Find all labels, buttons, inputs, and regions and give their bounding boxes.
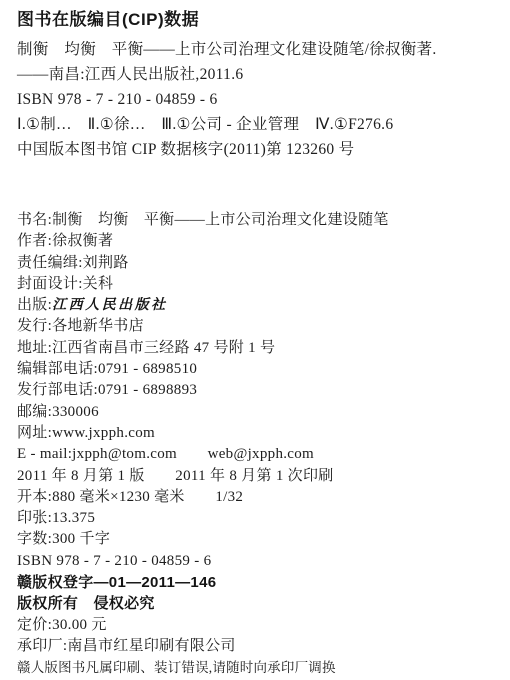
isbn-line: ISBN 978 - 7 - 210 - 04859 - 6 bbox=[17, 551, 498, 572]
cip-block: 图书在版编目(CIP)数据 制衡 均衡 平衡——上市公司治理文化建设随笔/徐叔衡… bbox=[17, 10, 498, 162]
author-line: 作者:徐叔衡著 bbox=[17, 231, 498, 252]
printer-line: 承印厂:南昌市红星印刷有限公司 bbox=[17, 636, 498, 657]
format-line: 开本:880 毫米×1230 毫米 1/32 bbox=[17, 487, 498, 508]
address-line: 地址:江西省南昌市三经路 47 号附 1 号 bbox=[17, 338, 498, 359]
publisher-name: 江西人民出版社 bbox=[52, 298, 168, 313]
cip-record-number-line: 中国版本图书馆 CIP 数据核字(2011)第 123260 号 bbox=[17, 137, 498, 162]
email-line: E - mail:jxpph@tom.com web@jxpph.com bbox=[17, 444, 498, 465]
cover-design-line: 封面设计:关科 bbox=[17, 274, 498, 295]
cip-classification-line: Ⅰ.①制… Ⅱ.①徐… Ⅲ.①公司 - 企业管理 Ⅳ.①F276.6 bbox=[17, 112, 498, 137]
distribution-phone-line: 发行部电话:0791 - 6898893 bbox=[17, 380, 498, 401]
copyright-registration-line: 赣版权登字—01—2011—146 bbox=[17, 572, 498, 593]
cip-imprint-line: ——南昌:江西人民出版社,2011.6 bbox=[17, 62, 498, 87]
publisher-label: 出版: bbox=[17, 297, 52, 313]
editorial-phone-line: 编辑部电话:0791 - 6898510 bbox=[17, 359, 498, 380]
postal-code-line: 邮编:330006 bbox=[17, 402, 498, 423]
word-count-line: 字数:300 千字 bbox=[17, 529, 498, 550]
publisher-line: 出版:江西人民出版社 bbox=[17, 295, 498, 316]
colophon-block: 书名:制衡 均衡 平衡——上市公司治理文化建设随笔 作者:徐叔衡著 责任编缉:刘… bbox=[17, 210, 498, 679]
website-line: 网址:www.jxpph.com bbox=[17, 423, 498, 444]
cip-isbn-line: ISBN 978 - 7 - 210 - 04859 - 6 bbox=[17, 87, 498, 112]
book-title-line: 书名:制衡 均衡 平衡——上市公司治理文化建设随笔 bbox=[17, 210, 498, 231]
cip-heading: 图书在版编目(CIP)数据 bbox=[17, 10, 498, 30]
cip-entry-line: 制衡 均衡 平衡——上市公司治理文化建设随笔/徐叔衡著. bbox=[17, 37, 498, 62]
price-line: 定价:30.00 元 bbox=[17, 615, 498, 636]
edition-line: 2011 年 8 月第 1 版 2011 年 8 月第 1 次印刷 bbox=[17, 466, 498, 487]
copyright-notice-line: 版权所有 侵权必究 bbox=[17, 593, 498, 614]
copyright-page: 图书在版编目(CIP)数据 制衡 均衡 平衡——上市公司治理文化建设随笔/徐叔衡… bbox=[0, 0, 510, 680]
errata-notice-line: 赣人版图书凡属印刷、装订错误,请随时向承印厂调换 bbox=[17, 657, 498, 678]
sheets-line: 印张:13.375 bbox=[17, 508, 498, 529]
editor-line: 责任编缉:刘荆路 bbox=[17, 253, 498, 274]
distribution-line: 发行:各地新华书店 bbox=[17, 316, 498, 337]
